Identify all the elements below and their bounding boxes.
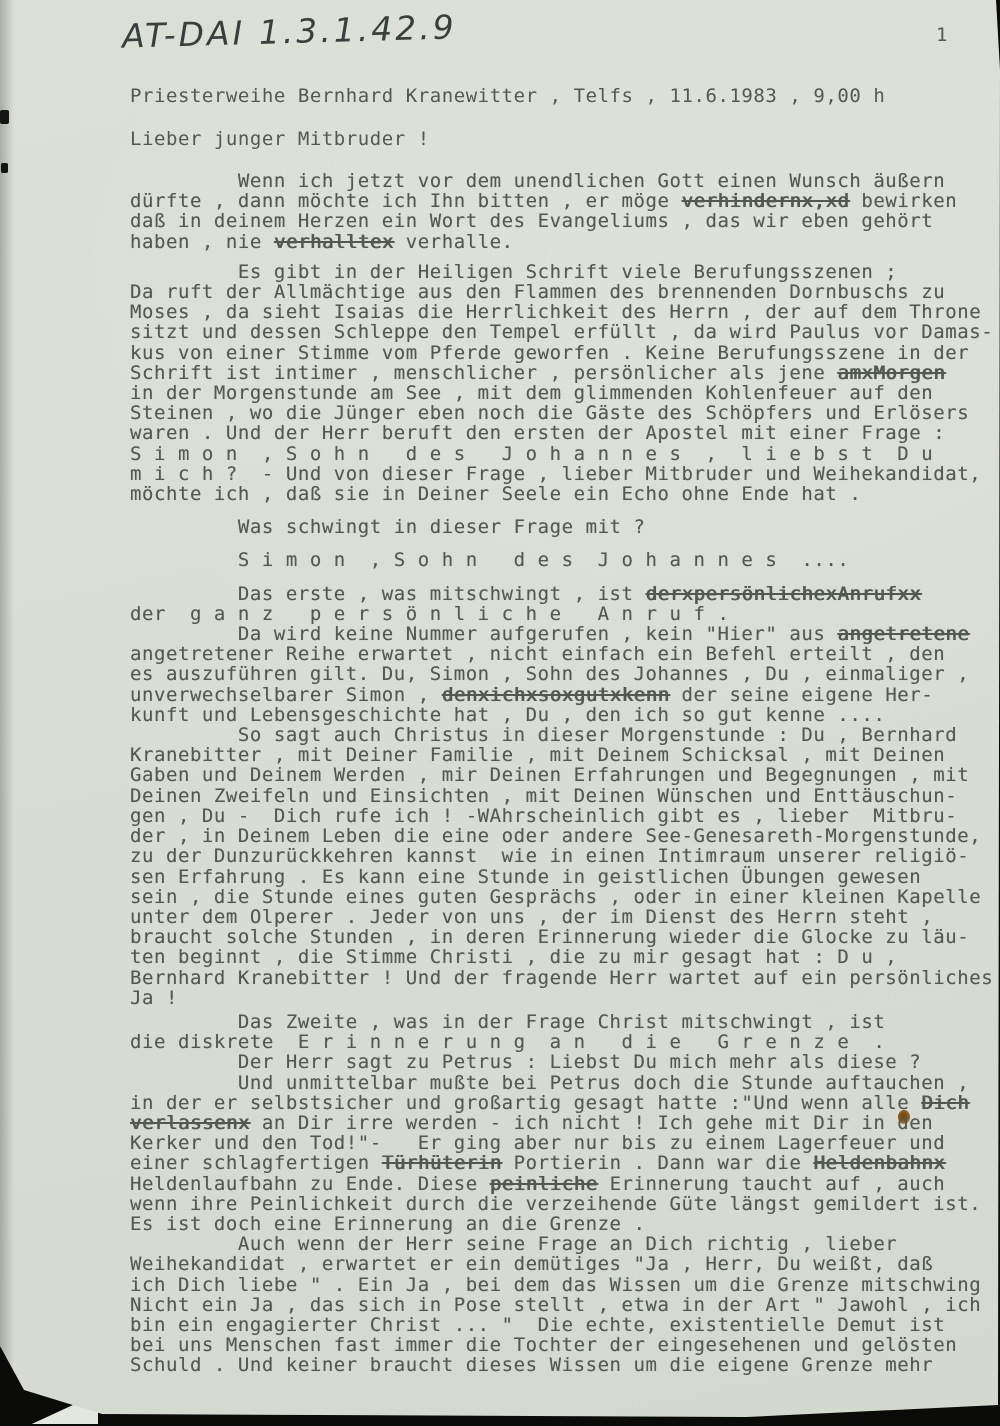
struck-out-text: denxichxsoxgutxkenn	[442, 684, 670, 706]
text-line: Ja !	[130, 988, 1000, 1008]
salutation-line: Lieber junger Mitbruder !	[130, 128, 430, 150]
text-line: die diskrete E r i n n e r u n g a n d i…	[130, 1032, 1000, 1052]
text-line: unter dem Olperer . Jeder von uns , der …	[130, 907, 1000, 927]
text-line: Moses , da sieht Isaias die Herrlichkeit…	[130, 302, 1000, 322]
text-line: bin ein engagierter Christ ... " Die ech…	[130, 1315, 1000, 1335]
text-line: sitzt und dessen Schleppe den Tempel erf…	[130, 322, 1000, 342]
struck-out-text: Heldenbahnx	[813, 1152, 945, 1174]
text-line: m i c h ? - Und von dieser Frage , liebe…	[130, 464, 1000, 484]
text-line: der , in Deinem Leben die eine oder ande…	[130, 826, 1000, 846]
text-line: sein , die Stunde eines guten Gesprächs …	[130, 887, 1000, 907]
text-line: Steinen , wo die Jünger eben noch die Gä…	[130, 403, 1000, 423]
struck-out-text: verlassenx	[130, 1112, 250, 1134]
document-title: Priesterweihe Bernhard Kranewitter , Tel…	[130, 85, 885, 107]
text-line: unverwechselbarer Simon , denxichxsoxgut…	[130, 685, 1000, 705]
text-line: S i m o n , S o h n d e s J o h a n n e …	[130, 550, 1000, 570]
text-line: Deinen Zweifeln und Einsichten , mit Dei…	[130, 786, 1000, 806]
text-line: So sagt auch Christus in dieser Morgenst…	[130, 725, 1000, 745]
struck-out-text: Türhüterin	[382, 1152, 502, 1174]
scanned-document-page: { "colors":{"paper":"#d9ddd3","ink":"#51…	[0, 0, 1000, 1426]
text-line: waren . Und der Herr beruft den ersten d…	[130, 423, 1000, 443]
typescript-body: Wenn ich jetzt vor dem unendlichen Gott …	[130, 171, 1000, 1376]
text-line: es auszuführen gilt. Du, Simon , Sohn de…	[130, 664, 1000, 684]
text-line: Kranebitter , mit Deiner Familie , mit D…	[130, 745, 1000, 765]
text-line: Wenn ich jetzt vor dem unendlichen Gott …	[130, 171, 1000, 191]
text-line: Schuld . Und keiner braucht dieses Wisse…	[130, 1355, 1000, 1375]
text-line: dürfte , dann möchte ich Ihn bitten , er…	[130, 191, 1000, 211]
text-line: sen Erfahrung . Es kann eine Stunde in g…	[130, 867, 1000, 887]
text-line: zu der Dunzurückkehren kannst wie in ein…	[130, 846, 1000, 866]
text-line: Der Herr sagt zu Petrus : Liebst Du mich…	[130, 1052, 1000, 1072]
text-line: Heldenlaufbahn zu Ende. Diese peinliche …	[130, 1174, 1000, 1194]
struck-out-text: derxpersönlichexAnrufxx	[646, 583, 922, 605]
text-line: ich Dich liebe " . Ein Ja , bei dem das …	[130, 1275, 1000, 1295]
text-line: Es gibt in der Heiligen Schrift viele Be…	[130, 262, 1000, 282]
struck-out-text: amxMorgen	[837, 362, 945, 384]
text-line: daß in deinem Herzen ein Wort des Evange…	[130, 211, 1000, 231]
text-line: Da ruft der Allmächtige aus den Flammen …	[130, 282, 1000, 302]
text-line: Schrift ist intimer , menschlicher , per…	[130, 363, 1000, 383]
text-line: Das erste , was mitschwingt , ist derxpe…	[130, 584, 1000, 604]
text-line: haben , nie verhalltex verhalle.	[130, 232, 1000, 252]
text-line: der g a n z p e r s ö n l i c h e A n r …	[130, 604, 1000, 624]
struck-out-text: angetretene	[837, 623, 969, 645]
text-line: Nicht ein Ja , das sich in Pose stellt ,…	[130, 1295, 1000, 1315]
struck-out-text: Dich	[921, 1092, 969, 1114]
text-line: in der Morgenstunde am See , mit dem gli…	[130, 383, 1000, 403]
text-line: angetretener Reihe erwartet , nicht einf…	[130, 644, 1000, 664]
text-line: Kerker und den Tod!"- Er ging aber nur b…	[130, 1133, 1000, 1153]
text-line: möchte ich , daß sie in Deiner Seele ein…	[130, 484, 1000, 504]
text-line: Auch wenn der Herr seine Frage an Dich r…	[130, 1234, 1000, 1254]
text-line: kus von einer Stimme vom Pferde geworfen…	[130, 343, 1000, 363]
text-line: einer schlagfertigen Türhüterin Portieri…	[130, 1153, 1000, 1173]
left-edge-shadow	[0, 0, 14, 1426]
paper-sheet: AT-DAI 1.3.1.42.9 1 Priesterweihe Bernha…	[0, 0, 1000, 1426]
text-line: Weihekandidat , erwartet er ein demütige…	[130, 1254, 1000, 1274]
struck-out-text: verhalltex	[274, 231, 394, 253]
struck-out-text: peinliche	[490, 1173, 598, 1195]
text-line: Und unmittelbar mußte bei Petrus doch di…	[130, 1073, 1000, 1093]
binding-mark-bottom	[1, 163, 8, 173]
text-line: Was schwingt in dieser Frage mit ?	[130, 517, 1000, 537]
text-line: gen , Du - Dich rufe ich ! -WAhrscheinli…	[130, 806, 1000, 826]
text-line: kunft und Lebensgeschichte hat , Du , de…	[130, 705, 1000, 725]
text-line: bei uns Menschen fast immer die Tochter …	[130, 1335, 1000, 1355]
text-line: S i m o n , S o h n d e s J o h a n n e …	[130, 444, 1000, 464]
binding-mark-top	[0, 110, 9, 124]
text-line: Bernhard Kranebitter ! Und der fragende …	[130, 968, 1000, 988]
text-line: Es ist doch eine Erinnerung an die Grenz…	[130, 1214, 1000, 1234]
text-line: verlassenx an Dir irre werden - ich nich…	[130, 1113, 1000, 1133]
text-line: wenn ihre Peinlichkeit durch die verzeih…	[130, 1194, 1000, 1214]
text-line: Gaben und Deinem Werden , mir Deinen Erf…	[130, 765, 1000, 785]
handwritten-archive-reference: AT-DAI 1.3.1.42.9	[122, 7, 458, 55]
struck-out-text: verhindernx,xd	[682, 190, 850, 212]
text-line: braucht solche Stunden , in deren Erinne…	[130, 927, 1000, 947]
page-number: 1	[936, 24, 948, 46]
text-line: ten beginnt , die Stimme Christi , die z…	[130, 947, 1000, 967]
text-line: Da wird keine Nummer aufgerufen , kein "…	[130, 624, 1000, 644]
text-line: Das Zweite , was in der Frage Christ mit…	[130, 1012, 1000, 1032]
text-line: in der er selbstsicher und großartig ges…	[130, 1093, 1000, 1113]
